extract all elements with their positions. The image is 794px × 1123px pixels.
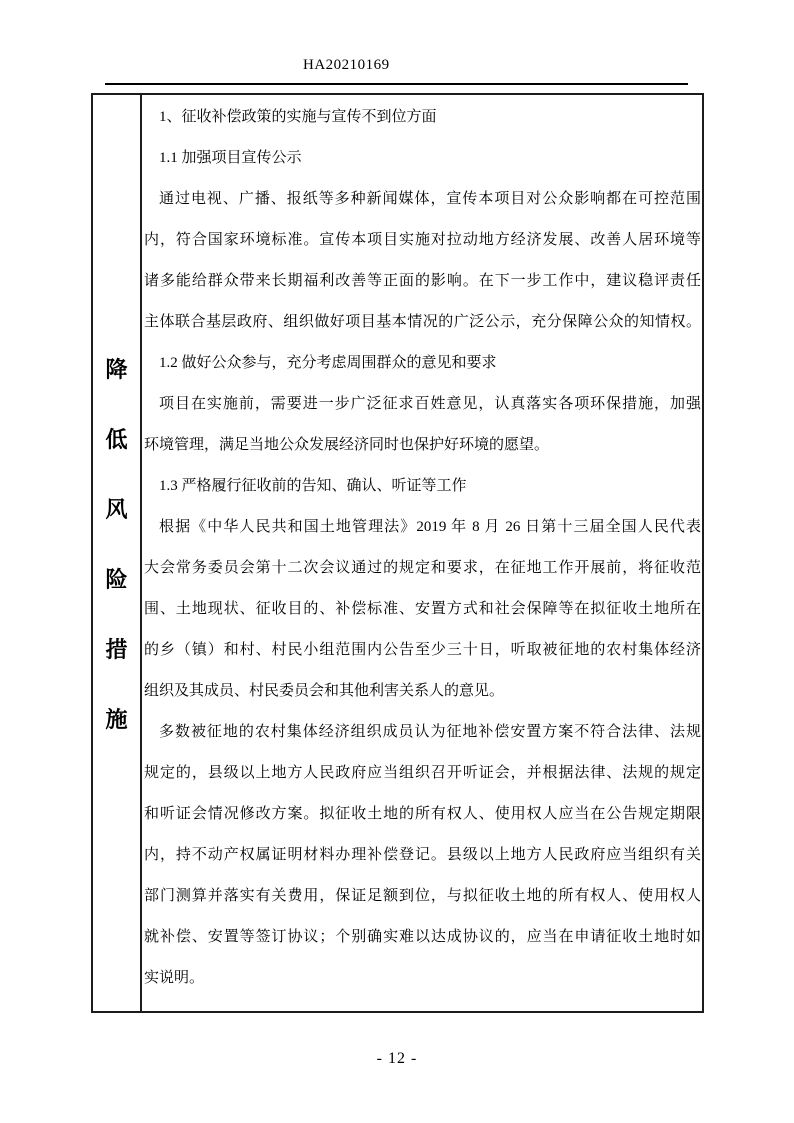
risk-label-char: 施 xyxy=(105,685,127,755)
content-line: 1.2 做好公众参与，充分考虑周围群众的意见和要求 xyxy=(144,343,701,384)
document-page: HA20210169 降低风险措施 1、征收补偿政策的实施与宣传不到位方面1.1… xyxy=(0,0,794,1123)
content-line: 1.3 严格履行征收前的告知、确认、听证等工作 xyxy=(144,466,701,507)
header-rule-divider xyxy=(105,83,688,85)
content-line: 诸多能给群众带来长期福利改善等正面的影响。在下一步工作中，建议稳评责任 xyxy=(144,261,701,302)
measures-content-cell: 1、征收补偿政策的实施与宣传不到位方面1.1 加强项目宣传公示通过电视、广播、报… xyxy=(142,95,702,1011)
risk-label-char: 风 xyxy=(105,475,127,545)
content-line: 多数被征地的农村集体经济组织成员认为征地补偿安置方案不符合法律、法规 xyxy=(144,712,701,753)
risk-measures-label-column: 降低风险措施 xyxy=(93,95,142,1011)
content-line: 部门测算并落实有关费用，保证足额到位，与拟征收土地的所有权人、使用权人 xyxy=(144,876,701,917)
content-line: 和听证会情况修改方案。拟征收土地的所有权人、使用权人应当在公告规定期限 xyxy=(144,794,701,835)
content-line: 实说明。 xyxy=(144,958,701,999)
content-line: 大会常务委员会第十二次会议通过的规定和要求，在征地工作开展前，将征收范 xyxy=(144,548,701,589)
content-line: 规定的，县级以上地方人民政府应当组织召开听证会，并根据法律、法规的规定 xyxy=(144,753,701,794)
risk-label-char: 低 xyxy=(105,405,127,475)
content-line: 就补偿、安置等签订协议；个别确实难以达成协议的，应当在申请征收土地时如 xyxy=(144,917,701,958)
risk-label-char: 险 xyxy=(105,545,127,615)
content-line: 1、征收补偿政策的实施与宣传不到位方面 xyxy=(144,97,701,138)
content-line: 围、土地现状、征收目的、补偿标准、安置方式和社会保障等在拟征收土地所在 xyxy=(144,589,701,630)
content-line: 内，持不动产权属证明材料办理补偿登记。县级以上地方人民政府应当组织有关 xyxy=(144,835,701,876)
content-line: 的乡（镇）和村、村民小组范围内公告至少三十日，听取被征地的农村集体经济 xyxy=(144,630,701,671)
content-line: 内，符合国家环境标准。宣传本项目实施对拉动地方经济发展、改善人居环境等 xyxy=(144,220,701,261)
header-document-code: HA20210169 xyxy=(303,57,390,74)
page-number: - 12 - xyxy=(0,1050,794,1068)
risk-label-char: 降 xyxy=(105,335,127,405)
content-line: 组织及其成员、村民委员会和其他利害关系人的意见。 xyxy=(144,671,701,712)
content-line: 根据《中华人民共和国土地管理法》2019 年 8 月 26 日第十三届全国人民代… xyxy=(144,507,701,548)
content-line: 项目在实施前，需要进一步广泛征求百姓意见，认真落实各项环保措施，加强 xyxy=(144,384,701,425)
content-line: 通过电视、广播、报纸等多种新闻媒体，宣传本项目对公众影响都在可控范围 xyxy=(144,179,701,220)
content-line: 主体联合基层政府、组织做好项目基本情况的广泛公示，充分保障公众的知情权。 xyxy=(144,302,701,343)
risk-label-char: 措 xyxy=(105,615,127,685)
content-line: 环境管理，满足当地公众发展经济同时也保护好环境的愿望。 xyxy=(144,425,701,466)
content-line: 1.1 加强项目宣传公示 xyxy=(144,138,701,179)
measures-table: 降低风险措施 1、征收补偿政策的实施与宣传不到位方面1.1 加强项目宣传公示通过… xyxy=(91,93,704,1013)
